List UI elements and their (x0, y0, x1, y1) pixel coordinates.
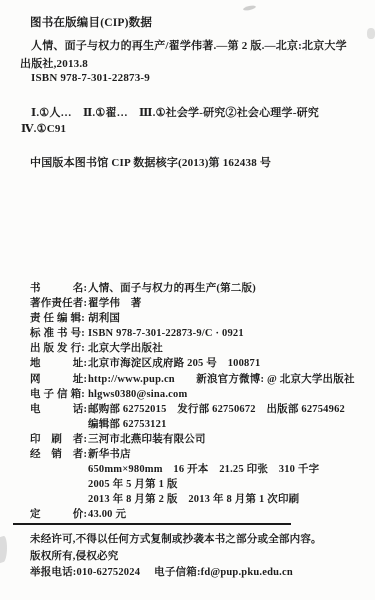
colophon-row-edition2: 2013 年 8 月第 2 版 2013 年 8 月第 1 次印刷 (30, 492, 355, 507)
notice-contact-line: 举报电话:010-62752024电子信箱:fd@pup.pku.edu.cn (30, 564, 293, 579)
colophon-value: 编辑部 62753121 (88, 419, 167, 430)
colophon-value: 邮购部 62752015 发行部 62750672 出版部 62754962 (88, 404, 345, 415)
colophon-value: 三河市北燕印装有限公司 (88, 434, 206, 445)
cip-isbn: ISBN 978-7-301-22873-9 (31, 72, 150, 84)
colophon-row-author: 著作责任者:翟学伟 著 (30, 296, 355, 311)
colophon-label: 标 准 书 号: (30, 326, 88, 341)
colophon-row-editor: 责 任 编 辑:胡利国 (30, 311, 355, 326)
colophon-row-format: 650mm×980mm 16 开本 21.25 印张 310 千字 (30, 462, 355, 477)
colophon-row-edition1: 2005 年 5 月第 1 版 (30, 477, 355, 492)
report-phone: 举报电话:010-62752024 (30, 567, 140, 578)
colophon-row-price: 定 价:43.00 元 (30, 507, 355, 522)
colophon-row-isbn: 标 准 书 号:ISBN 978-7-301-22873-9/C · 0921 (30, 326, 355, 341)
colophon-value: 2013 年 8 月第 2 版 2013 年 8 月第 1 次印刷 (88, 494, 299, 505)
cip-record-number: 中国版本图书馆 CIP 数据核字(2013)第 162438 号 (30, 154, 271, 170)
colophon-label: 电 话: (30, 402, 88, 417)
colophon-label: 著作责任者: (30, 296, 88, 311)
colophon-value: http://www.pup.cn 新浪官方微博: @ 北京大学出版社 (88, 374, 355, 385)
colophon-label: 出 版 发 行: (30, 341, 88, 356)
colophon-value: 北京市海淀区成府路 205 号 100871 (88, 358, 260, 369)
colophon-section: 书 名:人情、面子与权力的再生产(第二版) 著作责任者:翟学伟 著 责 任 编 … (30, 281, 355, 523)
scan-artifact (0, 535, 7, 563)
colophon-label: 地 址: (30, 356, 88, 371)
scan-artifact (367, 28, 375, 39)
colophon-row-website: 网 址:http://www.pup.cn 新浪官方微博: @ 北京大学出版社 (30, 372, 355, 387)
colophon-row-phone: 电 话:邮购部 62752015 发行部 62750672 出版部 627549… (30, 402, 355, 417)
colophon-label: 网 址: (30, 372, 88, 387)
colophon-row-phone-cont: 编辑部 62753121 (30, 417, 355, 432)
colophon-value: 胡利国 (88, 313, 120, 324)
divider-rule (13, 523, 291, 525)
colophon-row-title: 书 名:人情、面子与权力的再生产(第二版) (30, 281, 355, 296)
colophon-row-email: 电 子 信 箱:hlgws0380@sina.com (30, 387, 355, 402)
colophon-label: 印 刷 者: (30, 432, 88, 447)
colophon-value: 北京大学出版社 (88, 343, 163, 354)
cip-entry-line1: 人情、面子与权力的再生产/翟学伟著.—第 2 版.—北京:北京大学 (31, 37, 347, 53)
notice-rights-line: 版权所有,侵权必究 (30, 548, 118, 563)
colophon-value: 新华书店 (88, 449, 131, 460)
colophon-value: hlgws0380@sina.com (88, 389, 187, 400)
colophon-label: 经 销 者: (30, 447, 88, 462)
report-email: 电子信箱:fd@pup.pku.edu.cn (154, 567, 293, 578)
colophon-row-distributor: 经 销 者:新华书店 (30, 447, 355, 462)
colophon-value: 人情、面子与权力的再生产(第二版) (88, 283, 256, 294)
colophon-label: 责 任 编 辑: (30, 311, 88, 326)
colophon-row-address: 地 址:北京市海淀区成府路 205 号 100871 (30, 356, 355, 371)
colophon-value: 650mm×980mm 16 开本 21.25 印张 310 千字 (88, 464, 319, 475)
colophon-value: 2005 年 5 月第 1 版 (88, 479, 178, 490)
colophon-value: 翟学伟 著 (88, 298, 142, 309)
copyright-page: 图书在版编目(CIP)数据 人情、面子与权力的再生产/翟学伟著.—第 2 版.—… (0, 0, 375, 600)
colophon-label: 定 价: (30, 507, 88, 522)
scan-artifact (243, 5, 257, 12)
colophon-row-printer: 印 刷 者:三河市北燕印装有限公司 (30, 432, 355, 447)
colophon-value: 43.00 元 (88, 509, 126, 520)
colophon-value: ISBN 978-7-301-22873-9/C · 0921 (88, 328, 244, 339)
colophon-row-publisher: 出 版 发 行:北京大学出版社 (30, 341, 355, 356)
cip-classification-line2: Ⅳ.①C91 (21, 122, 66, 135)
notice-no-copy-line: 未经许可,不得以任何方式复制或抄袭本书之部分或全部内容。 (30, 531, 322, 546)
cip-heading: 图书在版编目(CIP)数据 (30, 14, 152, 30)
cip-classification-line1: Ⅰ.①人… Ⅱ.①翟… Ⅲ.①社会学-研究②社会心理学-研究 (31, 104, 319, 120)
cip-entry-line2: 出版社,2013.8 (20, 55, 88, 71)
colophon-label: 书 名: (30, 281, 88, 296)
colophon-label: 电 子 信 箱: (30, 387, 88, 402)
